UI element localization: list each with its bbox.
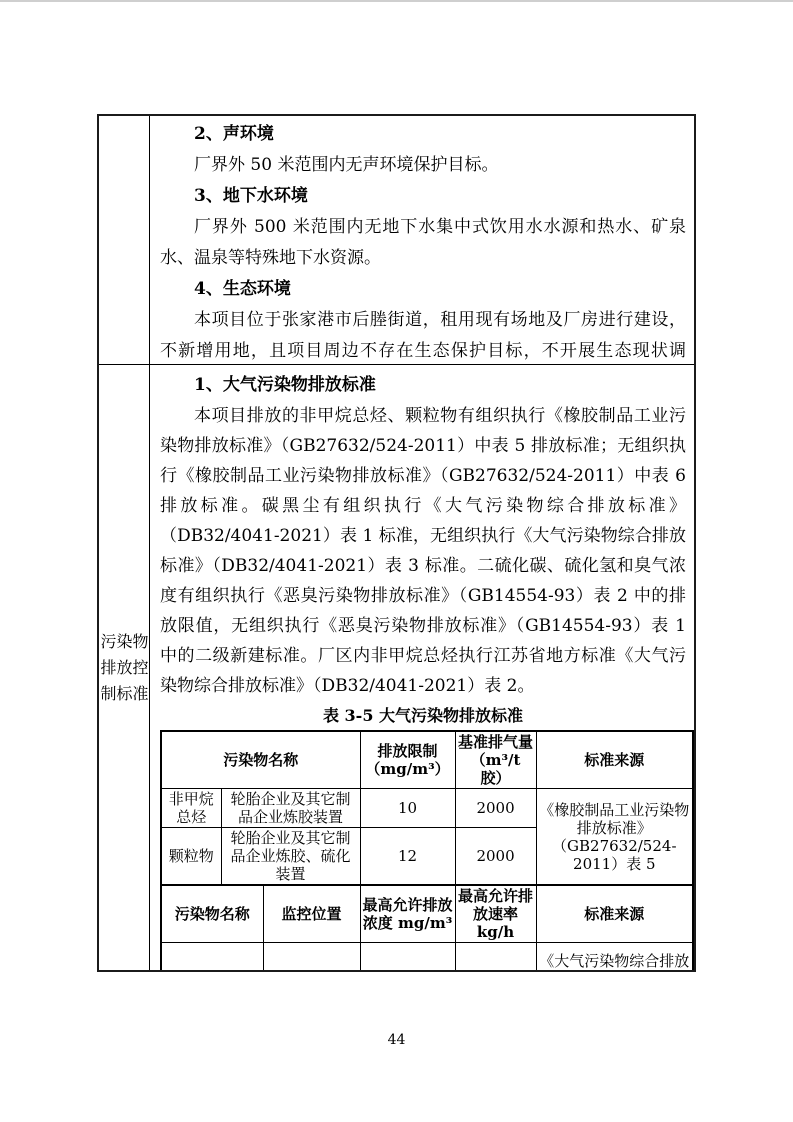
heading-air-standards: 1、大气污染物排放标准 bbox=[160, 369, 686, 401]
cell-carbon-black-rate: 0.51 bbox=[455, 943, 536, 971]
cell-rubber-standard-source: 《橡胶制品工业污染物排放标准》（GB27632/524-2011）表 5 bbox=[536, 789, 693, 886]
para-groundwater-env: 厂界外 500 米范围内无地下水集中式饮用水水源和热水、矿泉水、温泉等特殊地下水… bbox=[160, 212, 686, 274]
cell-particulate-name: 颗粒物 bbox=[161, 828, 221, 886]
cell-carbon-black-source: 《大气污染物综合排放标准》（DB32/4041-2021）表 1 bbox=[536, 943, 693, 971]
cell-carbon-black-position: 排气筒出口 bbox=[263, 943, 360, 971]
cell-carbon-black-concentration: 15 bbox=[360, 943, 455, 971]
page-number: 44 bbox=[0, 1032, 793, 1048]
cell-particulate-device: 轮胎企业及其它制品企业炼胶、硫化装置 bbox=[221, 828, 360, 886]
standards-table: 污染物名称 排放限制 （mg/m³） 基准排气量 （m³/t 胶） 标准来源 非… bbox=[160, 730, 694, 970]
header-base-exhaust-line1: 基准排气量 bbox=[458, 733, 534, 751]
cell-particulate-base: 2000 bbox=[455, 828, 536, 886]
para-air-standards: 本项目排放的非甲烷总烃、颗粒物有组织执行《橡胶制品工业污染物排放标准》（GB27… bbox=[160, 401, 686, 701]
table-header-row-1: 污染物名称 排放限制 （mg/m³） 基准排气量 （m³/t 胶） 标准来源 bbox=[161, 731, 693, 789]
env-section: 2、声环境 厂界外 50 米范围内无声环境保护目标。 3、地下水环境 厂界外 5… bbox=[150, 116, 694, 365]
cell-nmhc-name: 非甲烷总烃 bbox=[161, 789, 221, 828]
header-base-exhaust-unit: （m³/t 胶） bbox=[458, 751, 534, 787]
sidebar-label: 污染物排放控制标准 bbox=[100, 629, 149, 707]
para-noise-env: 厂界外 50 米范围内无声环境保护目标。 bbox=[160, 150, 686, 181]
air-standards-section: 1、大气污染物排放标准 本项目排放的非甲烷总烃、颗粒物有组织执行《橡胶制品工业污… bbox=[150, 365, 694, 970]
table-row-carbon-black: 碳黑尘 排气筒出口 15 0.51 《大气污染物综合排放标准》（DB32/404… bbox=[161, 943, 693, 971]
cell-nmhc-limit: 10 bbox=[360, 789, 455, 828]
table-row-nmhc: 非甲烷总烃 轮胎企业及其它制品企业炼胶装置 10 2000 《橡胶制品工业污染物… bbox=[161, 789, 693, 828]
cell-carbon-black-name: 碳黑尘 bbox=[161, 943, 263, 971]
header2-monitor-position: 监控位置 bbox=[263, 885, 360, 943]
header-standard-source: 标准来源 bbox=[536, 731, 693, 789]
heading-groundwater-env: 3、地下水环境 bbox=[160, 181, 686, 212]
outer-table: 2、声环境 厂界外 50 米范围内无声环境保护目标。 3、地下水环境 厂界外 5… bbox=[97, 114, 696, 972]
header2-pollutant-name: 污染物名称 bbox=[161, 885, 263, 943]
heading-ecology-env: 4、生态环境 bbox=[160, 274, 686, 305]
header2-max-rate: 最高允许排放速率 kg/h bbox=[455, 885, 536, 943]
header2-max-concentration: 最高允许排放浓度 mg/m³ bbox=[360, 885, 455, 943]
scan-edge-line bbox=[0, 0, 793, 2]
cell-nmhc-device: 轮胎企业及其它制品企业炼胶装置 bbox=[221, 789, 360, 828]
header-emission-limit-line1: 排放限制 bbox=[363, 742, 453, 760]
header-emission-limit-unit: （mg/m³） bbox=[363, 760, 453, 778]
cell-particulate-limit: 12 bbox=[360, 828, 455, 886]
sidebar-cell-standards: 污染物排放控制标准 bbox=[99, 365, 150, 970]
table-title: 表 3-5 大气污染物排放标准 bbox=[160, 705, 686, 727]
header-base-exhaust: 基准排气量 （m³/t 胶） bbox=[455, 731, 536, 789]
header-pollutant-name: 污染物名称 bbox=[161, 731, 360, 789]
header-emission-limit: 排放限制 （mg/m³） bbox=[360, 731, 455, 789]
sidebar-cell-empty bbox=[99, 116, 150, 365]
document-page: 2、声环境 厂界外 50 米范围内无声环境保护目标。 3、地下水环境 厂界外 5… bbox=[0, 0, 793, 1122]
cell-nmhc-base: 2000 bbox=[455, 789, 536, 828]
table-header-row-2: 污染物名称 监控位置 最高允许排放浓度 mg/m³ 最高允许排放速率 kg/h … bbox=[161, 885, 693, 943]
para-ecology-env: 本项目位于张家港市后塍街道，租用现有场地及厂房进行建设，不新增用地，且项目周边不… bbox=[160, 305, 686, 365]
heading-noise-env: 2、声环境 bbox=[160, 119, 686, 150]
header2-standard-source: 标准来源 bbox=[536, 885, 693, 943]
